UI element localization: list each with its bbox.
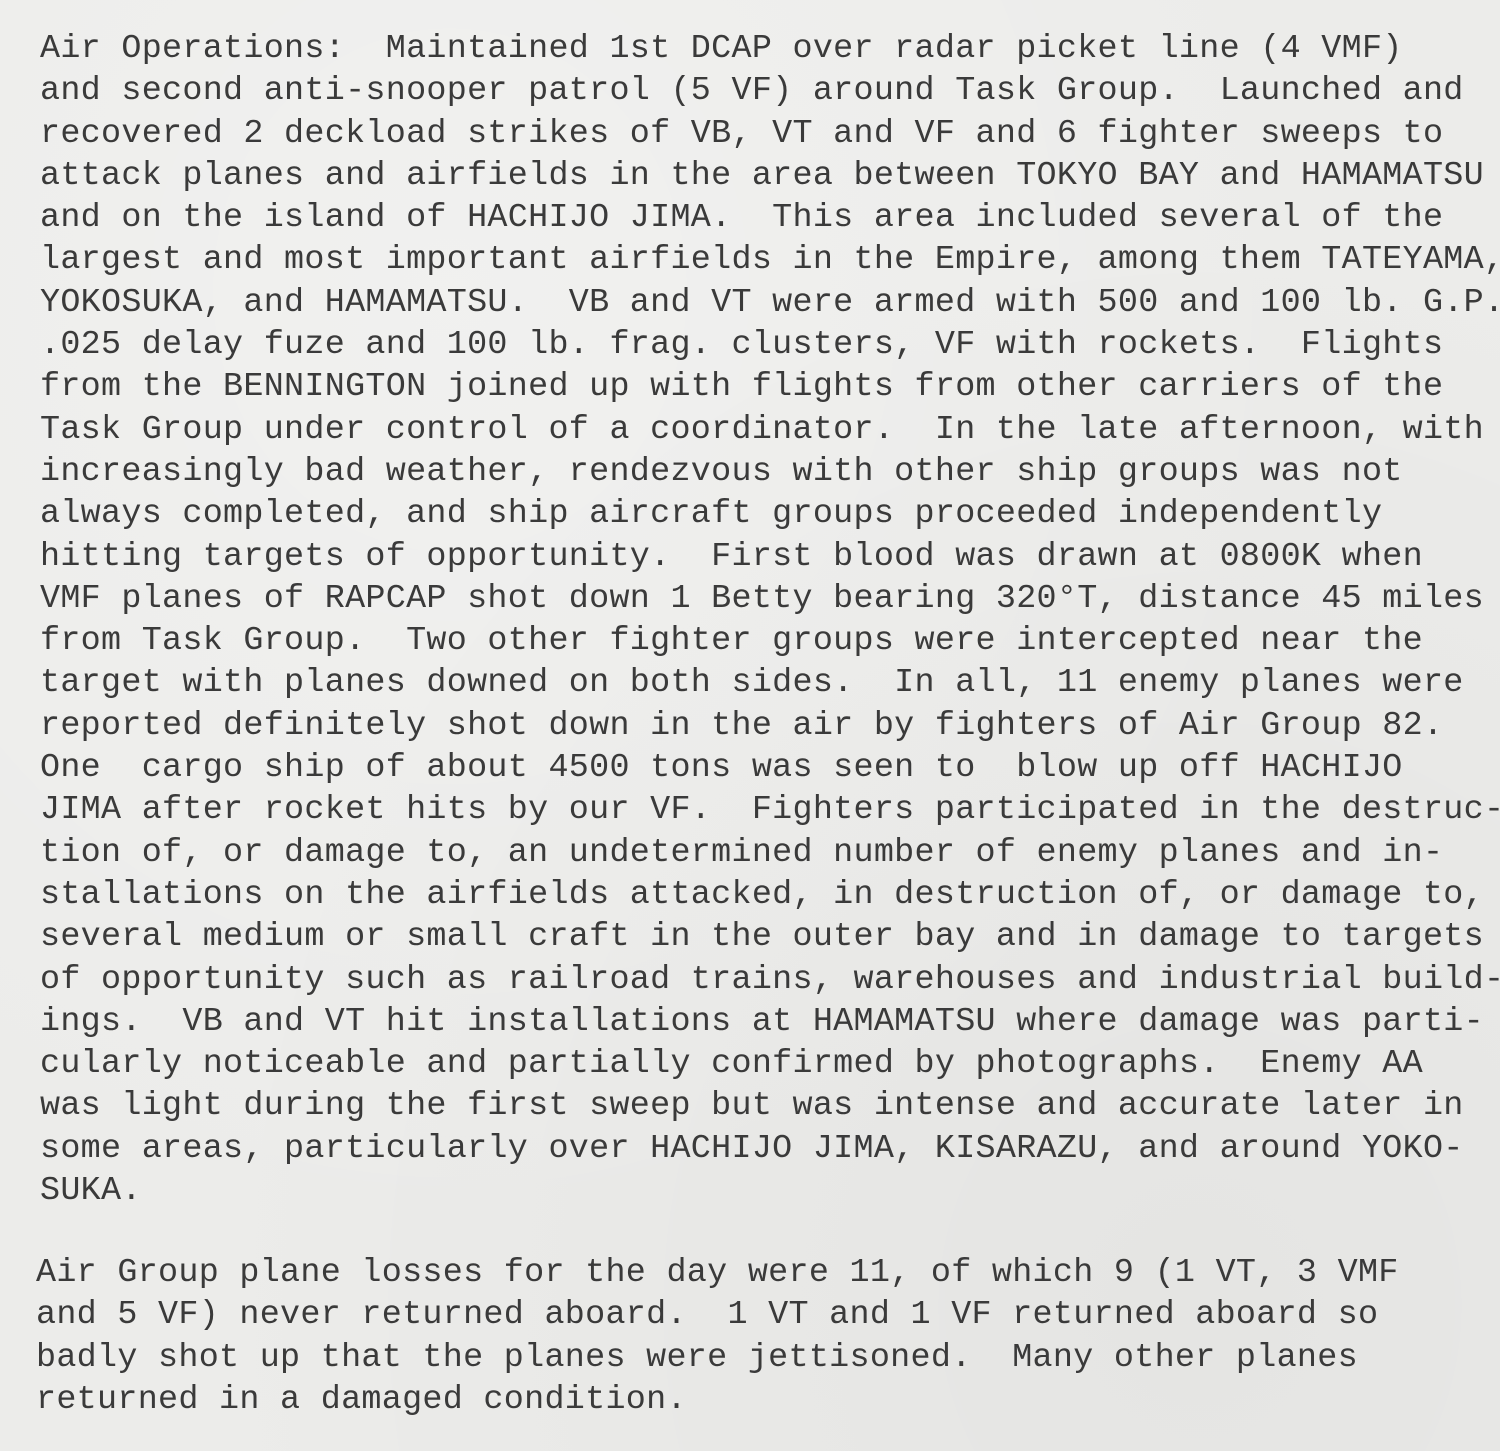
text-line: and on the island of HACHIJO JIMA. This …	[40, 197, 1500, 239]
text-line: reported definitely shot down in the air…	[40, 705, 1500, 747]
text-line: returned in a damaged condition.	[36, 1379, 1399, 1421]
text-line: from Task Group. Two other fighter group…	[40, 620, 1500, 662]
paragraph-air-operations: Air Operations: Maintained 1st DCAP over…	[40, 28, 1500, 1212]
paragraph-plane-losses: Air Group plane losses for the day were …	[36, 1252, 1399, 1421]
text-line: ings. VB and VT hit installations at HAM…	[40, 1001, 1500, 1043]
text-line: tion of, or damage to, an undetermined n…	[40, 832, 1500, 874]
text-line: from the BENNINGTON joined up with fligh…	[40, 366, 1500, 408]
text-line: attack planes and airfields in the area …	[40, 155, 1500, 197]
text-line: Task Group under control of a coordinato…	[40, 409, 1500, 451]
text-line: stallations on the airfields attacked, i…	[40, 874, 1500, 916]
text-line: Air Operations: Maintained 1st DCAP over…	[40, 28, 1500, 70]
text-line: always completed, and ship aircraft grou…	[40, 493, 1500, 535]
text-line: target with planes downed on both sides.…	[40, 662, 1500, 704]
text-line: YOKOSUKA, and HAMAMATSU. VB and VT were …	[40, 282, 1500, 324]
text-line: badly shot up that the planes were jetti…	[36, 1337, 1399, 1379]
text-line: of opportunity such as railroad trains, …	[40, 959, 1500, 1001]
text-line: One cargo ship of about 4500 tons was se…	[40, 747, 1500, 789]
typewritten-page: Air Operations: Maintained 1st DCAP over…	[0, 0, 1500, 1451]
text-line: recovered 2 deckload strikes of VB, VT a…	[40, 113, 1500, 155]
text-line: Air Group plane losses for the day were …	[36, 1252, 1399, 1294]
text-line: SUKA.	[40, 1170, 1500, 1212]
text-line: was light during the first sweep but was…	[40, 1085, 1500, 1127]
text-line: .025 delay fuze and 100 lb. frag. cluste…	[40, 324, 1500, 366]
text-line: VMF planes of RAPCAP shot down 1 Betty b…	[40, 578, 1500, 620]
text-line: several medium or small craft in the out…	[40, 916, 1500, 958]
text-line: some areas, particularly over HACHIJO JI…	[40, 1128, 1500, 1170]
text-line: and 5 VF) never returned aboard. 1 VT an…	[36, 1294, 1399, 1336]
text-line: hitting targets of opportunity. First bl…	[40, 536, 1500, 578]
text-line: increasingly bad weather, rendezvous wit…	[40, 451, 1500, 493]
text-line: largest and most important airfields in …	[40, 239, 1500, 281]
text-line: cularly noticeable and partially confirm…	[40, 1043, 1500, 1085]
text-line: JIMA after rocket hits by our VF. Fighte…	[40, 789, 1500, 831]
text-line: and second anti-snooper patrol (5 VF) ar…	[40, 70, 1500, 112]
